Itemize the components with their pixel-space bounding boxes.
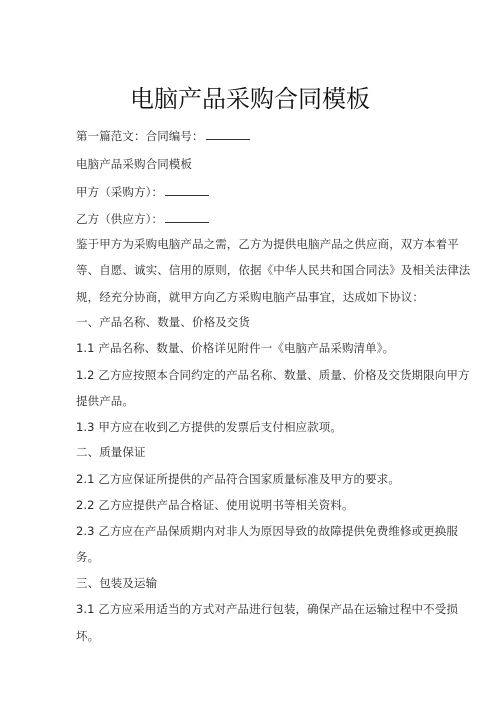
section-2-heading: 二、质量保证 bbox=[76, 444, 146, 460]
subtitle-line: 电脑产品采购合同模板 bbox=[76, 156, 192, 172]
line-text: 第一篇范文：合同编号： bbox=[76, 129, 204, 143]
clause-3-1: 3.1 乙方应采用适当的方式对产品进行包装，确保产品在运输过程中不受损 bbox=[76, 601, 458, 617]
party-a-blank bbox=[165, 184, 209, 196]
preamble-line-3: 规，经充分协商，就甲方向乙方采购电脑产品事宜，达成如下协议： bbox=[76, 289, 424, 305]
clause-2-1: 2.1 乙方应保证所提供的产品符合国家质量标准及甲方的要求。 bbox=[76, 471, 400, 487]
clause-1-2-continued: 提供产品。 bbox=[76, 393, 134, 409]
document-page: 电脑产品采购合同模板 第一篇范文：合同编号： 电脑产品采购合同模板 甲方（采购方… bbox=[0, 0, 500, 707]
clause-1-2: 1.2 乙方应按照本合同约定的产品名称、数量、质量、价格及交货期限向甲方 bbox=[76, 367, 470, 383]
party-b-blank bbox=[165, 211, 209, 223]
section-3-heading: 三、包装及运输 bbox=[76, 575, 157, 591]
section-1-heading: 一、产品名称、数量、价格及交货 bbox=[76, 314, 250, 330]
line-text: 乙方（供应方）： bbox=[76, 212, 163, 226]
contract-number-line: 第一篇范文：合同编号： bbox=[76, 128, 250, 144]
clause-1-3: 1.3 甲方应在收到乙方提供的发票后支付相应款项。 bbox=[76, 419, 342, 435]
clause-2-3-continued: 务。 bbox=[76, 549, 99, 565]
contract-number-blank bbox=[206, 128, 250, 140]
clause-2-3: 2.3 乙方应在产品保质期内对非人为原因导致的故障提供免费维修或更换服 bbox=[76, 523, 458, 539]
preamble-line-1: 鉴于甲方为采购电脑产品之需，乙方为提供电脑产品之供应商，双方本着平 bbox=[76, 236, 459, 252]
preamble-line-2: 等、自愿、诚实、信用的原则，依据《中华人民共和国合同法》及相关法律法 bbox=[76, 262, 470, 278]
line-text: 甲方（采购方）： bbox=[76, 185, 163, 199]
document-title: 电脑产品采购合同模板 bbox=[0, 84, 500, 114]
party-a-line: 甲方（采购方）： bbox=[76, 184, 209, 200]
clause-3-1-continued: 坏。 bbox=[76, 628, 99, 644]
party-b-line: 乙方（供应方）： bbox=[76, 211, 209, 227]
clause-1-1: 1.1 产品名称、数量、价格详见附件一《电脑产品采购清单》。 bbox=[76, 340, 394, 356]
line-text: 电脑产品采购合同模板 bbox=[76, 157, 192, 171]
clause-2-2: 2.2 乙方应提供产品合格证、使用说明书等相关资料。 bbox=[76, 497, 354, 513]
